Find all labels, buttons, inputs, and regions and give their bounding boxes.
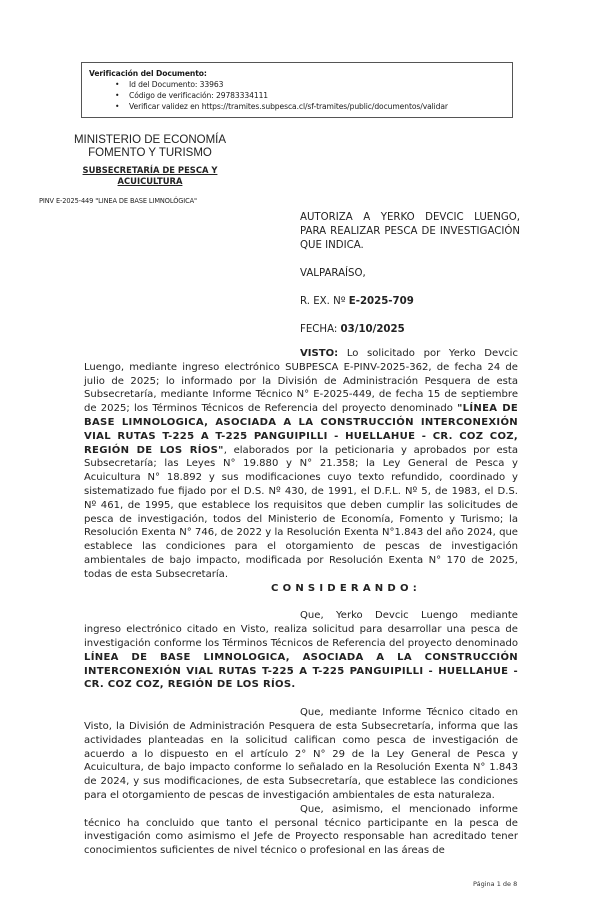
ministry-name-line2: FOMENTO Y TURISMO (0, 147, 300, 160)
resolution-info: AUTORIZA A YERKO DEVCIC LUENGO, PARA REA… (300, 211, 520, 337)
considerando-heading: CONSIDERANDO: (84, 582, 518, 596)
subsecretaria-line1: SUBSECRETARÍA DE PESCA Y (0, 165, 300, 176)
page-number: Página 1 de 8 (473, 880, 517, 888)
subsecretaria-line2: ACUICULTURA (0, 176, 300, 187)
resolution-date: FECHA: 03/10/2025 (300, 323, 520, 337)
verification-item-id: •Id del Documento: 33963 (115, 79, 512, 90)
resolution-place: VALPARAÍSO, (300, 267, 520, 281)
project-reference: PINV E-2025-449 "LINEA DE BASE LIMNOLÓGI… (39, 197, 197, 205)
visto-label: VISTO: (300, 348, 338, 359)
ministry-name-line1: MINISTERIO DE ECONOMÍA (0, 134, 300, 147)
resolution-number: R. EX. Nº E-2025-709 (300, 295, 520, 309)
verification-item-url[interactable]: •Verificar validez en https://tramites.s… (115, 101, 512, 112)
issuer-header: MINISTERIO DE ECONOMÍA FOMENTO Y TURISMO… (0, 134, 300, 186)
considerando-paragraph-3: Que, asimismo, el mencionado informe téc… (84, 803, 518, 858)
considerando-paragraph-1: Que, Yerko Devcic Luengo mediante ingres… (84, 609, 518, 692)
bullet-icon: • (115, 101, 119, 112)
bullet-icon: • (115, 90, 119, 101)
bullet-icon: • (115, 79, 119, 90)
verification-box: Verificación del Documento: •Id del Docu… (81, 62, 513, 118)
verification-list: •Id del Documento: 33963 •Código de veri… (89, 79, 512, 112)
verification-title: Verificación del Documento: (89, 68, 512, 79)
verification-item-code: •Código de verificación: 29783334111 (115, 90, 512, 101)
considerando-paragraph-2: Que, mediante Informe Técnico citado en … (84, 706, 518, 803)
resolution-title: AUTORIZA A YERKO DEVCIC LUENGO, PARA REA… (300, 211, 520, 253)
visto-paragraph: VISTO: Lo solicitado por Yerko Devcic Lu… (84, 347, 518, 582)
document-body: VISTO: Lo solicitado por Yerko Devcic Lu… (84, 347, 518, 858)
project-name: LÍNEA DE BASE LIMNOLOGICA, ASOCIADA A LA… (84, 652, 518, 691)
